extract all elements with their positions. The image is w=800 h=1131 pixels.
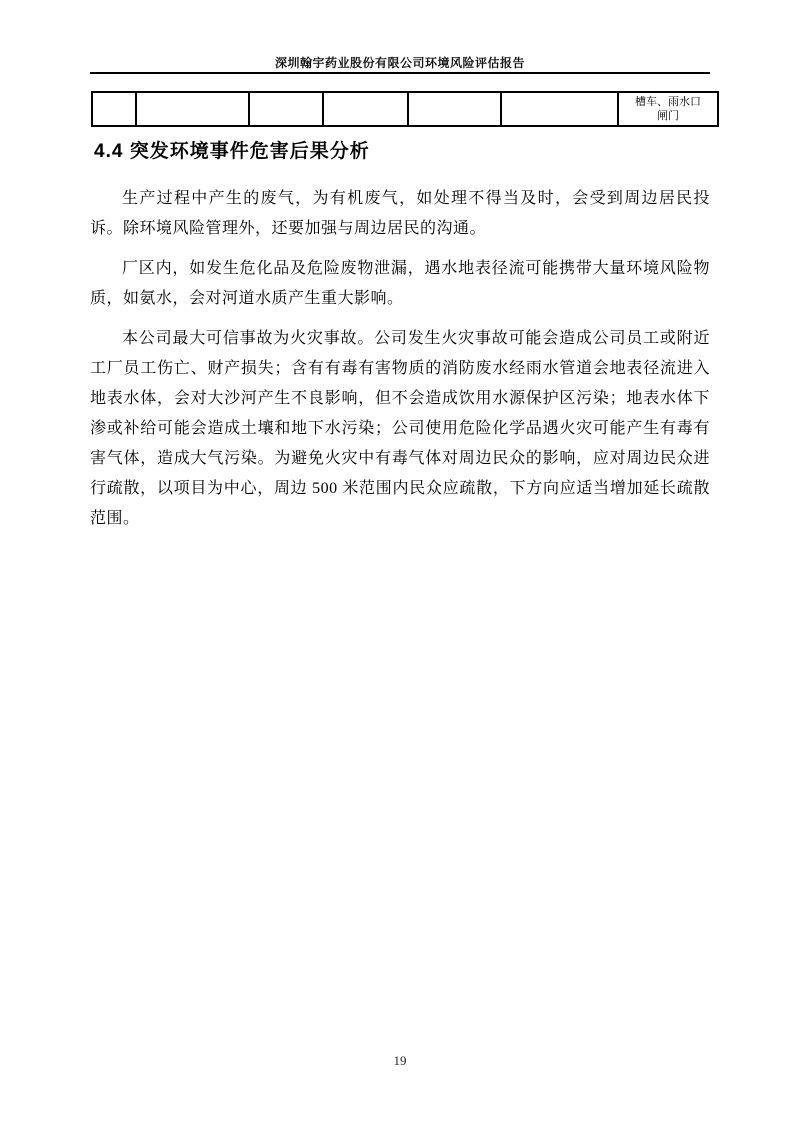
table-cell (136, 92, 249, 126)
running-header-title: 深圳翰宇药业股份有限公司环境风险评估报告 (0, 54, 800, 71)
section-body: 生产过程中产生的废气，为有机废气，如处理不得当及时，会受到周边居民投诉。除环境风… (90, 184, 710, 544)
table-cell-emergency-measures: 槽车、雨水口闸门 (618, 92, 718, 126)
paragraph-leakage: 厂区内，如发生危化品及危险废物泄漏，遇水地表径流可能携带大量环境风险物质，如氨水… (90, 254, 710, 314)
table-cell (501, 92, 618, 126)
header-divider (90, 72, 710, 74)
page-number: 19 (0, 1053, 800, 1069)
paragraph-fire-accident: 本公司最大可信事故为火灾事故。公司发生火灾事故可能会造成公司员工或附近工厂员工伤… (90, 324, 710, 534)
document-page: 深圳翰宇药业股份有限公司环境风险评估报告 槽车、雨水口闸门 4.4 突发环境事件… (0, 0, 800, 1131)
continued-table-fragment: 槽车、雨水口闸门 (91, 91, 719, 127)
table-cell (323, 92, 408, 126)
table-cell (92, 92, 136, 126)
table-cell (408, 92, 501, 126)
table-cell (249, 92, 323, 126)
table-row: 槽车、雨水口闸门 (92, 92, 718, 126)
section-heading: 4.4 突发环境事件危害后果分析 (94, 136, 754, 163)
paragraph-waste-gas: 生产过程中产生的废气，为有机废气，如处理不得当及时，会受到周边居民投诉。除环境风… (90, 184, 710, 244)
